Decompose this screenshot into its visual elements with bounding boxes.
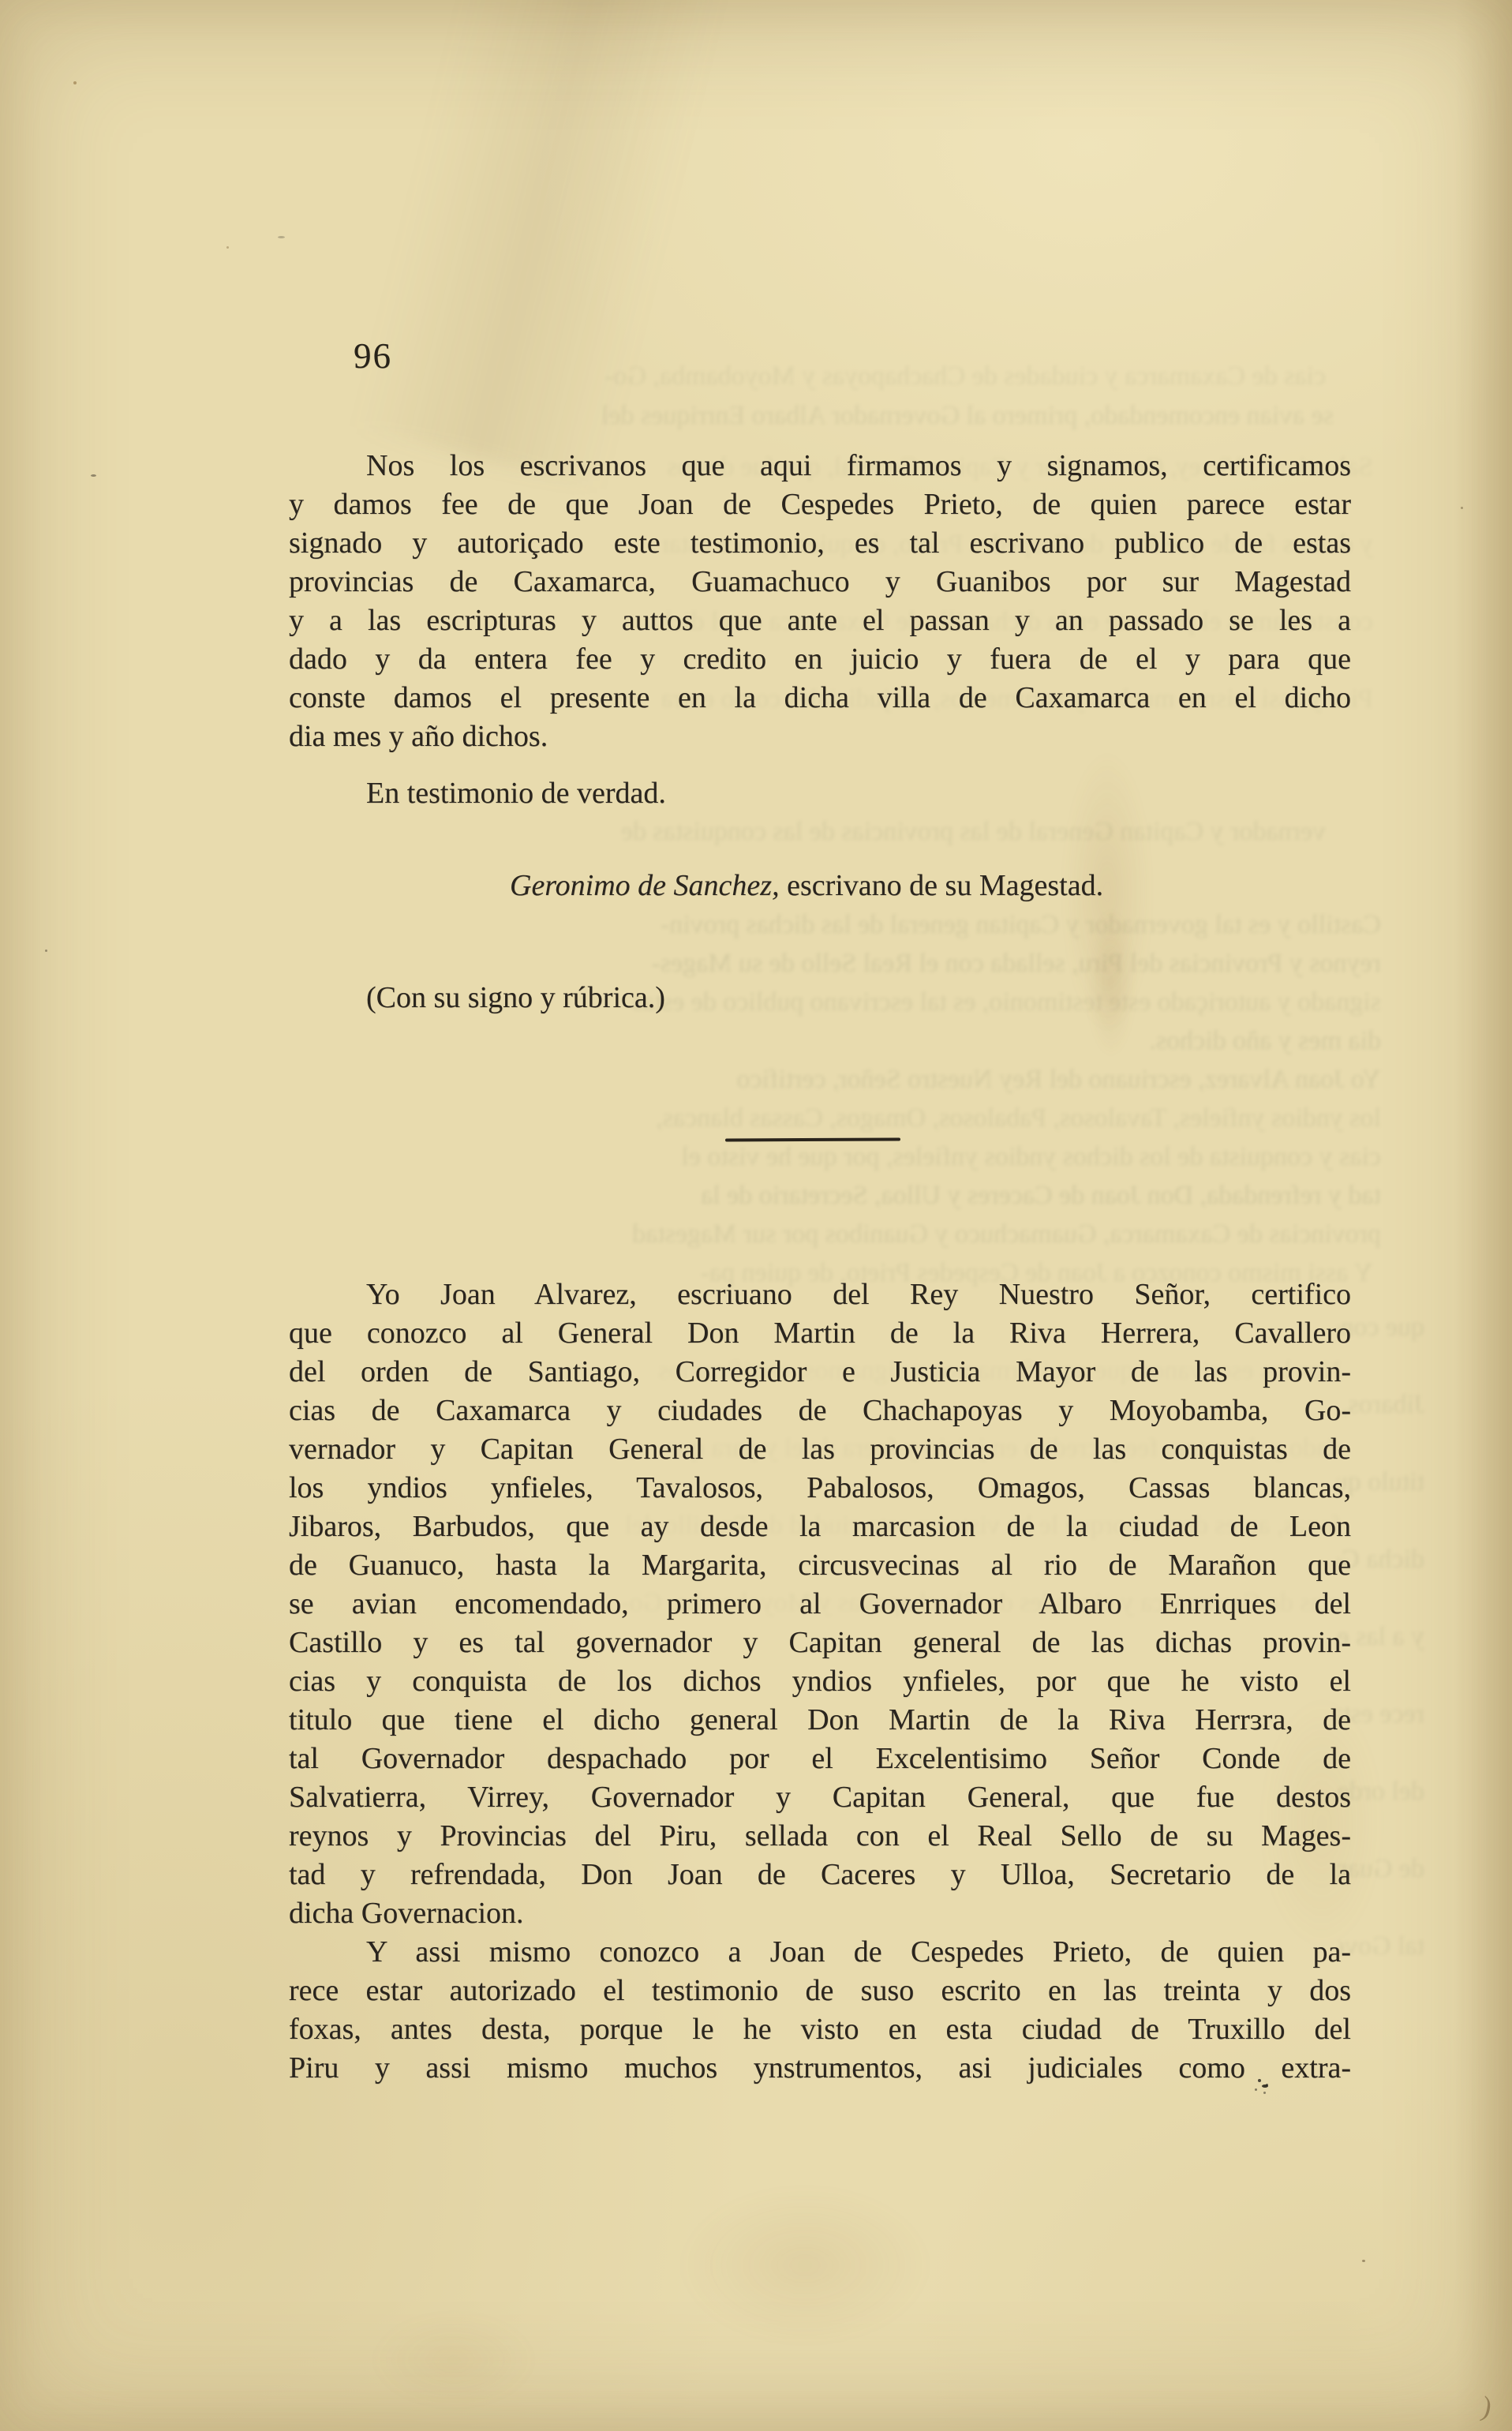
text-line: dado y da entera fee y credito en juicio… [289,640,1351,679]
paper-speck [1263,2092,1266,2094]
signature-line: Geronimo de Sanchez, escrivano de su Mag… [510,868,1103,903]
text-line: cias de Caxamarca y ciudades de Chachapo… [289,1392,1351,1430]
paper-speck [1362,2260,1365,2262]
signature-name: Geronimo de Sanchez, [510,869,780,902]
paper-speck [73,81,77,84]
paper-stain [371,2313,537,2407]
section-divider-rule [725,1138,900,1142]
attestation-line: En testimonio de verdad. [366,776,666,811]
paper-speck [278,236,285,238]
signature-title: escrivano de su Magestad. [787,869,1103,902]
show-through-text: los yndios ynfieles, Tavalosos, Pabaloso… [304,1101,1381,1136]
text-line: y damos fee de que Joan de Cespedes Prie… [289,485,1351,524]
show-through-text: reynos y Provincias del Piru, sellada co… [300,946,1381,981]
text-line: foxas, antes desta, porque le he visto e… [289,2010,1351,2049]
show-through-text: tad y refrendada, Don Joan de Caceres y … [300,1178,1381,1213]
text-line: signado y autoriçado este testimonio, es… [289,524,1351,563]
scanned-book-page: cias de Caxamarca y ciudades de Chachapo… [0,0,1512,2431]
text-line: Castillo y es tal governador y Capitan g… [289,1624,1351,1662]
paper-shading [351,0,730,489]
show-through-text: dia mes y año dichos. [308,1024,1381,1058]
text-line: titulo que tiene el dicho general Don Ma… [289,1701,1351,1740]
text-line: Y assi mismo conozco a Joan de Cespedes … [289,1933,1351,1972]
text-line: Nos los escrivanos que aqui firmamos y s… [289,447,1351,485]
show-through-text: Yo Joan Alvarez, escriuano del Rey Nuest… [292,1062,1381,1097]
text-line: conste damos el presente en la dicha vil… [289,679,1351,717]
text-line: dia mes y año dichos. [289,717,1351,756]
text-line: tad y refrendada, Don Joan de Caceres y … [289,1856,1351,1894]
text-line: rece estar autorizado el testimonio de s… [289,1972,1351,2010]
show-through-text: vernador y Capitan General de las provin… [347,815,1326,849]
rubric-note: (Con su signo y rúbrica.) [366,980,665,1015]
show-through-text: Castillo y es tal governador y Capitan g… [292,908,1381,942]
text-line: dicha Governacion. [289,1894,1351,1933]
text-line: Yo Joan Alvarez, escriuano del Rey Nuest… [289,1275,1351,1314]
paper-speck [1255,2088,1257,2091]
paper-stain [679,2186,931,2344]
text-line: los yndios ynfieles, Tavalosos, Pabaloso… [289,1469,1351,1508]
text-line: reynos y Provincias del Piru, sellada co… [289,1817,1351,1856]
text-line: Piru y assi mismo muchos ynstrumentos, a… [289,2049,1351,2088]
text-line: se avian encomendado, primero al Governa… [289,1585,1351,1624]
paper-speck [45,950,47,952]
text-line: cias y conquista de los dichos yndios yn… [289,1662,1351,1701]
paper-speck [91,474,96,477]
text-line: de Guanuco, hasta la Margarita, circusve… [289,1546,1351,1585]
page-edge-shadow [1455,0,1512,2431]
paper-speck [226,246,229,249]
text-line: del orden de Santiago, Corregidor e Just… [289,1353,1351,1392]
text-line: y a las escripturas y auttos que ante el… [289,601,1351,640]
paper-stain [1087,908,1135,1058]
page-number: 96 [354,336,392,376]
paragraph-certification: Nos los escrivanos que aqui firmamos y s… [289,447,1351,756]
paragraph-alvarez-certification: Yo Joan Alvarez, escriuano del Rey Nuest… [289,1275,1351,1933]
show-through-text: cias de Caxamarca y ciudades de Chachapo… [552,359,1326,394]
text-line: tal Governador despachado por el Excelen… [289,1740,1351,1778]
paragraph-cespedes-recognition: Y assi mismo conozco a Joan de Cespedes … [289,1933,1351,2088]
text-line: provincias de Caxamarca, Guamachuco y Gu… [289,563,1351,601]
text-line: que conozco al General Don Martin de la … [289,1314,1351,1353]
show-through-text: provincias de Caxamarca, Guamachuco y Gu… [292,1217,1381,1252]
text-line: Jibaros, Barbudos, que ay desde la marca… [289,1508,1351,1546]
show-through-text: cias y conquista de los dichos yndios yn… [292,1140,1381,1174]
text-line: vernador y Capitan General de las provin… [289,1430,1351,1469]
text-line: Salvatierra, Virrey, Governador y Capita… [289,1778,1351,1817]
